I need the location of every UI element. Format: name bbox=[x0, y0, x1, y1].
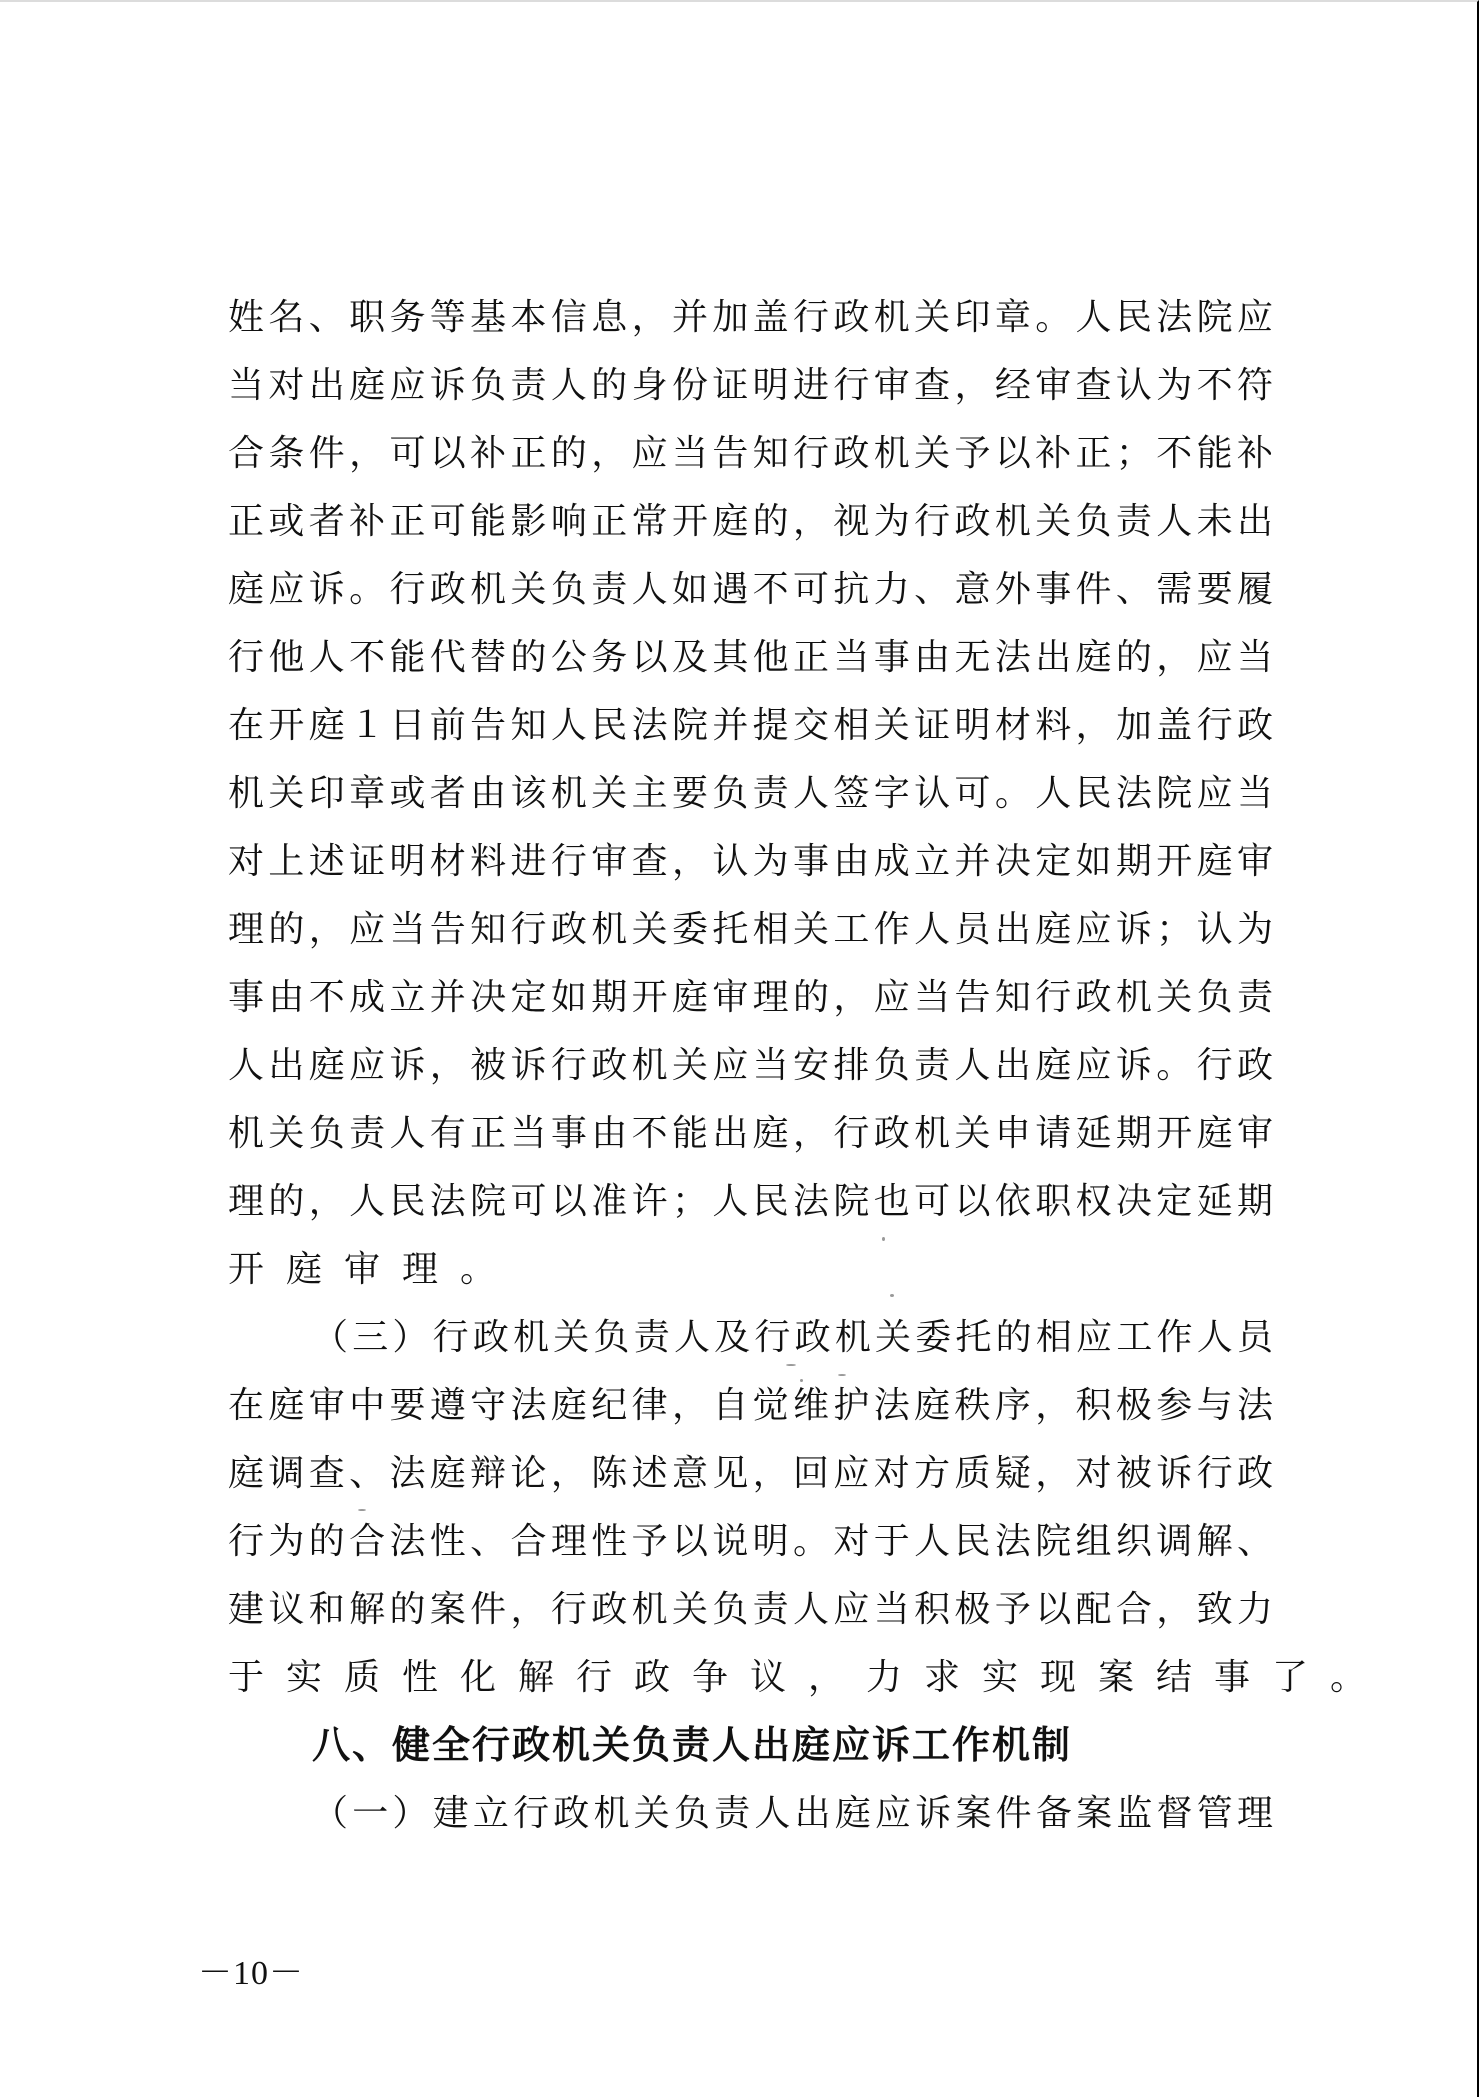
text-line: 理的，人民法院可以准许；人民法院也可以依职权决定延期 bbox=[228, 1180, 1275, 1224]
text-line: 于实质性化解行政争议，力求实现案结事了。 bbox=[228, 1656, 1388, 1700]
text-line: 在庭审中要遵守法庭纪律，自觉维护法庭秩序，积极参与法 bbox=[228, 1384, 1275, 1428]
text-line: 姓名、职务等基本信息，并加盖行政机关印章。人民法院应 bbox=[228, 296, 1275, 340]
text-line: 机关印章或者由该机关主要负责人签字认可。人民法院应当 bbox=[228, 772, 1275, 816]
text-line: 庭调查、法庭辩论，陈述意见，回应对方质疑，对被诉行政 bbox=[228, 1452, 1275, 1496]
scan-speck bbox=[800, 1379, 803, 1382]
section-heading: 八、健全行政机关负责人出庭应诉工作机制 bbox=[312, 1722, 1072, 1768]
scan-speck bbox=[890, 1294, 894, 1297]
scan-speck bbox=[838, 1374, 846, 1376]
text-line: 对上述证明材料进行审查，认为事由成立并决定如期开庭审 bbox=[228, 840, 1275, 884]
page-number: －10－ bbox=[198, 1954, 304, 1994]
paragraph-one-first-line: （一）建立行政机关负责人出庭应诉案件备案监督管理 bbox=[312, 1792, 1275, 1836]
document-page: 姓名、职务等基本信息，并加盖行政机关印章。人民法院应 当对出庭应诉负责人的身份证… bbox=[0, 0, 1479, 2097]
text-line: 合条件，可以补正的，应当告知行政机关予以补正；不能补 bbox=[228, 432, 1275, 476]
text-line: 行他人不能代替的公务以及其他正当事由无法出庭的，应当 bbox=[228, 636, 1275, 680]
text-line: 开庭审理。 bbox=[228, 1248, 518, 1292]
text-line: 建议和解的案件，行政机关负责人应当积极予以配合，致力 bbox=[228, 1588, 1275, 1632]
text-line: 事由不成立并决定如期开庭审理的，应当告知行政机关负责 bbox=[228, 976, 1275, 1020]
scan-speck bbox=[786, 1364, 796, 1366]
text-line: 庭应诉。行政机关负责人如遇不可抗力、意外事件、需要履 bbox=[228, 568, 1275, 612]
text-line: 正或者补正可能影响正常开庭的，视为行政机关负责人未出 bbox=[228, 500, 1275, 544]
text-line: 人出庭应诉，被诉行政机关应当安排负责人出庭应诉。行政 bbox=[228, 1044, 1275, 1088]
scan-speck bbox=[358, 1509, 366, 1511]
text-line: 理的，应当告知行政机关委托相关工作人员出庭应诉；认为 bbox=[228, 908, 1275, 952]
text-line: 机关负责人有正当事由不能出庭，行政机关申请延期开庭审 bbox=[228, 1112, 1275, 1156]
text-line: 当对出庭应诉负责人的身份证明进行审查，经审查认为不符 bbox=[228, 364, 1275, 408]
scan-speck bbox=[882, 1237, 885, 1241]
text-line: 在开庭１日前告知人民法院并提交相关证明材料，加盖行政 bbox=[228, 704, 1275, 748]
paragraph-three-first-line: （三）行政机关负责人及行政机关委托的相应工作人员 bbox=[312, 1316, 1275, 1360]
text-line: 行为的合法性、合理性予以说明。对于人民法院组织调解、 bbox=[228, 1520, 1275, 1564]
